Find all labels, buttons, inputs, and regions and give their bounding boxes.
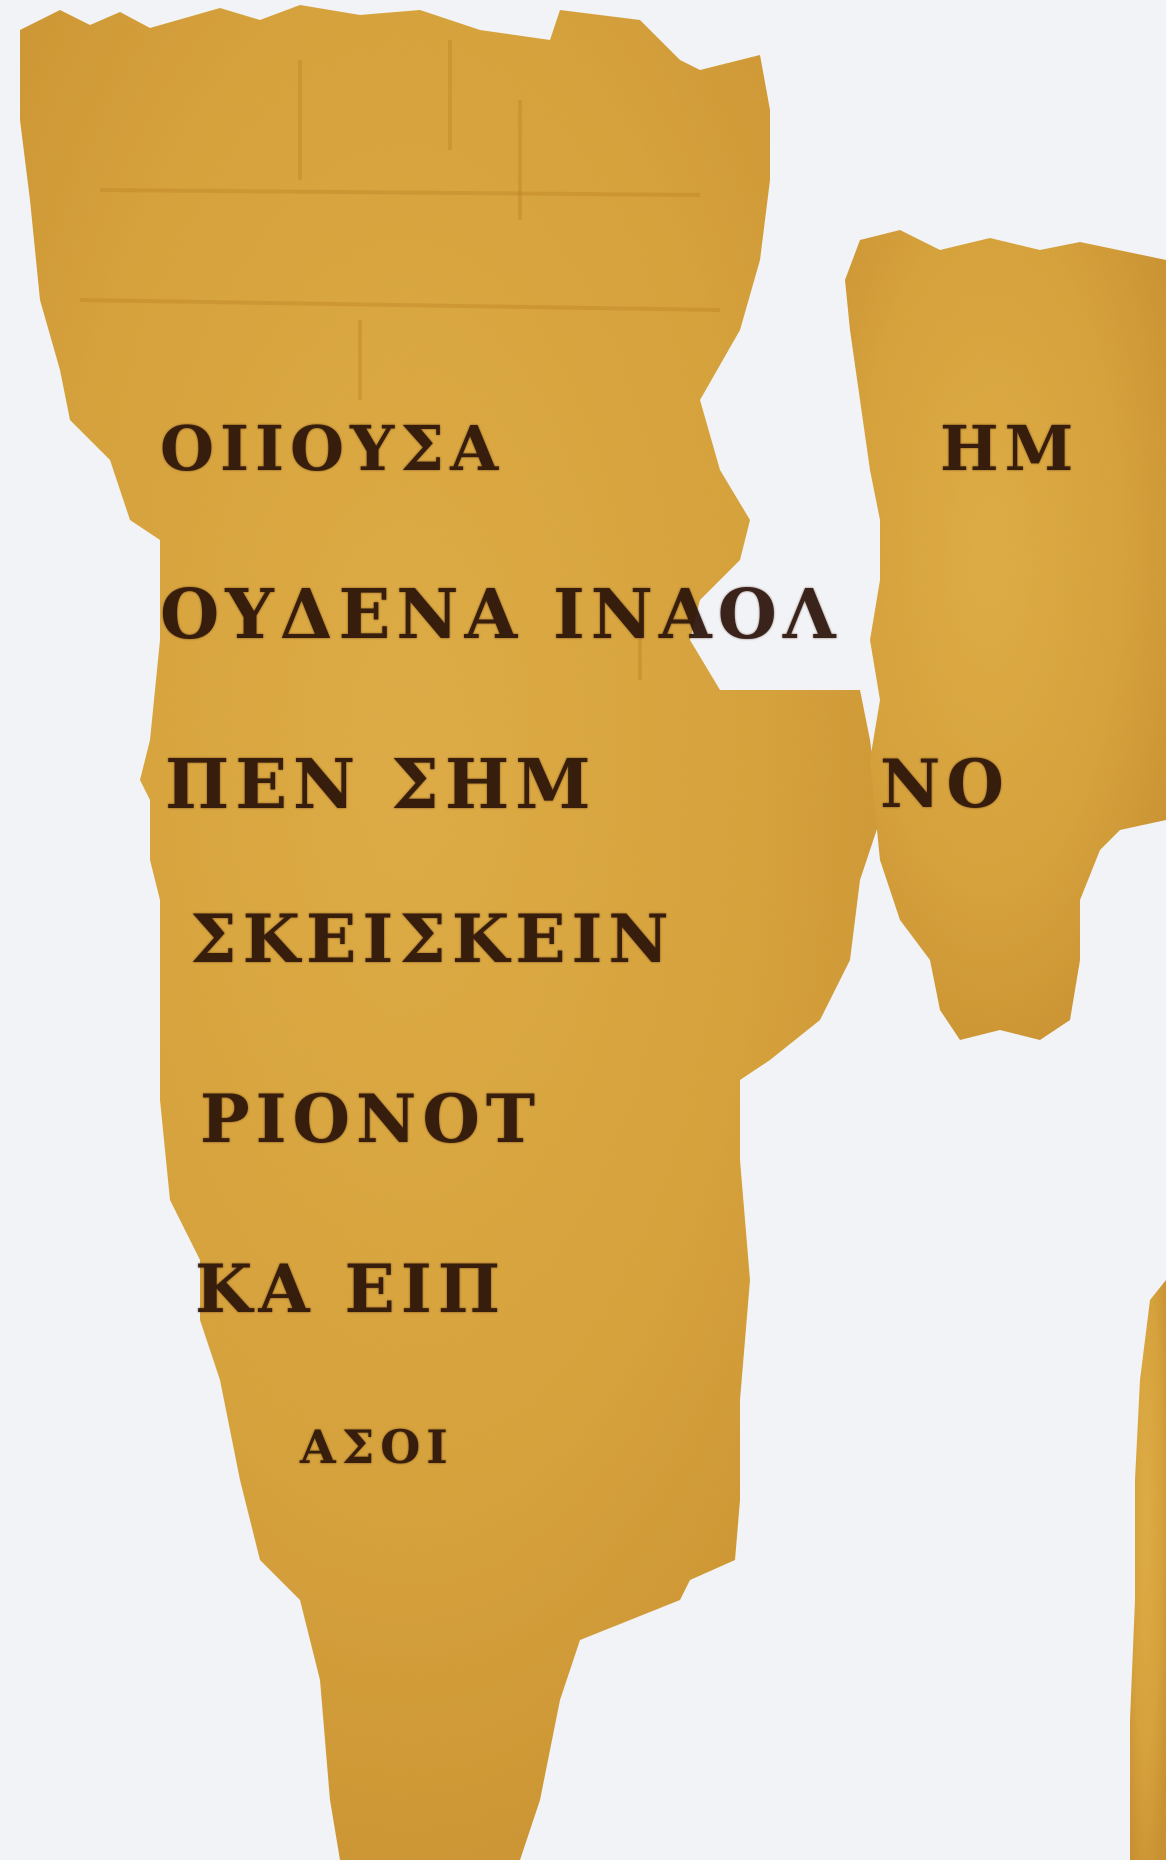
text-line-4: ΣΚΕΙΣΚΕΙΝ [190, 900, 675, 978]
text-line-5: ΡΙΟΝΟΤ [200, 1080, 541, 1158]
text-line-3-right: ΝΟ [880, 745, 1010, 823]
text-line-6: ΚΑ ΕΙΠ [195, 1250, 506, 1328]
edge-fragment [1130, 1280, 1166, 1860]
papyrus-photograph: ΟΙΙΟΥΣΑ ΗΜ ΟΥΔΕΝΑ ΙΝΑΟΛ ΠΕΝ ΣΗΜ ΝΟ ΣΚΕΙΣ… [0, 0, 1166, 1860]
text-line-3: ΠΕΝ ΣΗΜ [165, 745, 596, 825]
text-line-7: ΑΣΟΙ [300, 1420, 454, 1474]
text-line-1-right: ΗΜ [940, 412, 1079, 485]
text-line-1: ΟΙΙΟΥΣΑ [160, 412, 504, 485]
text-line-2: ΟΥΔΕΝΑ ΙΝΑΟΛ [160, 575, 842, 655]
right-fragment [845, 230, 1166, 1040]
